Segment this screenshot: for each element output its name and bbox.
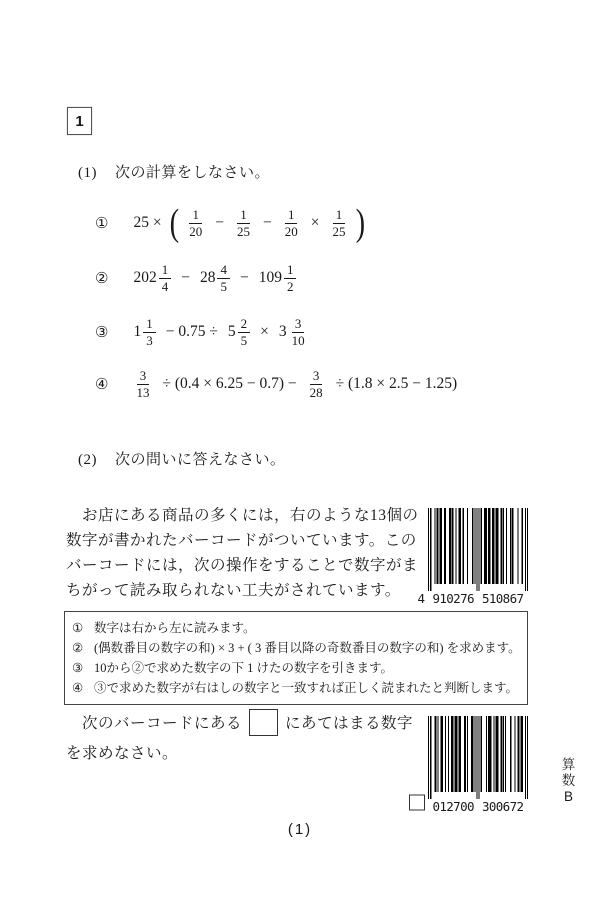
equation-row: ①25 ×(120−125−120×125) xyxy=(95,200,368,246)
barcode-bar xyxy=(428,508,429,591)
barcode-bar xyxy=(437,716,438,792)
fraction-denominator: 25 xyxy=(234,224,253,240)
page-number: (1) xyxy=(0,821,600,838)
mixed-number: 113 xyxy=(133,316,155,348)
barcode-bar xyxy=(467,508,468,584)
fraction-numerator: 4 xyxy=(217,262,230,279)
barcode-bottom-image: 012700300672 xyxy=(408,716,533,814)
section-2-instruction: 次の問いに答えなさい。 xyxy=(115,452,286,468)
barcode-bar xyxy=(474,508,475,584)
math-text: − xyxy=(215,214,224,232)
barcode-bar xyxy=(495,508,498,584)
barcode-bar xyxy=(436,508,438,584)
mixed-number: 20214 xyxy=(133,262,171,294)
whole-number: 3 xyxy=(279,323,287,341)
fraction: 125 xyxy=(234,207,253,239)
barcode-bar xyxy=(464,716,466,792)
fraction: 13 xyxy=(143,316,156,348)
step-number: ③ xyxy=(72,658,94,678)
barcode-bar xyxy=(444,508,446,584)
question-text: 次のバーコードにあるにあてはまる数字を求めなさい。 xyxy=(66,709,416,769)
fraction-denominator: 3 xyxy=(143,333,156,349)
fraction-numerator: 3 xyxy=(310,368,323,385)
barcode-bar xyxy=(471,716,473,792)
barcode-bar xyxy=(451,716,453,792)
barcode-digits: 012700 xyxy=(433,799,475,814)
barcode-bar xyxy=(441,716,443,792)
section-2-header: (2)次の問いに答えなさい。 xyxy=(78,448,286,469)
math-text: − xyxy=(240,269,249,287)
barcode-digits: 510867 xyxy=(482,591,524,606)
math-text: × xyxy=(260,323,269,341)
whole-number: 109 xyxy=(259,269,282,287)
fraction-denominator: 5 xyxy=(238,333,251,349)
barcode-bar xyxy=(434,508,435,584)
barcode-bar xyxy=(505,716,506,792)
barcode-digits: 4 xyxy=(417,591,425,606)
step-text: 数字は右から左に読みます。 xyxy=(94,618,256,638)
step-item: ①数字は右から左に読みます。 xyxy=(72,618,525,638)
barcode-bar xyxy=(522,508,523,584)
barcode-bar xyxy=(472,508,473,584)
fraction-denominator: 20 xyxy=(186,224,205,240)
barcode-bar xyxy=(525,508,526,591)
fraction-denominator: 10 xyxy=(289,333,308,349)
barcode-bar xyxy=(463,508,464,584)
fraction-numerator: 1 xyxy=(333,207,346,224)
barcode-bar xyxy=(430,508,431,591)
fraction-numerator: 1 xyxy=(285,207,298,224)
barcode-bar xyxy=(476,716,477,799)
barcode-bar xyxy=(476,508,477,591)
fraction-denominator: 28 xyxy=(307,385,326,401)
barcode-bar xyxy=(467,716,468,792)
fraction-numerator: 1 xyxy=(143,316,156,333)
barcode-bar xyxy=(448,716,449,792)
barcode-bar xyxy=(481,508,482,584)
fraction: 25 xyxy=(238,316,251,348)
barcode-bar xyxy=(445,716,446,792)
step-text: (偶数番目の数字の和) × 3 + ( 3 番目以降の奇数番目の数字の和) を求… xyxy=(94,638,521,658)
step-text: 10から②で求めた数字の下 1 けたの数字を引きます。 xyxy=(94,658,393,678)
barcode-bar xyxy=(455,508,456,584)
subject-side-label: 算数B xyxy=(561,757,576,805)
barcode-bar xyxy=(484,508,487,584)
step-number: ① xyxy=(72,618,94,638)
mixed-number: 3310 xyxy=(279,316,308,348)
barcode-bar xyxy=(521,716,523,792)
equation-number: ③ xyxy=(95,323,108,342)
equation-row: ②20214−2845−10912 xyxy=(95,255,301,301)
math-text: − 0.75 ÷ xyxy=(166,323,218,341)
whole-number: 1 xyxy=(133,323,141,341)
barcode-bar xyxy=(510,508,511,584)
math-text: − xyxy=(181,269,190,287)
paragraph-line: ちがって読み取られない工夫がされています。 xyxy=(66,578,419,603)
equation-number: ① xyxy=(95,214,108,233)
whole-number: 202 xyxy=(133,269,156,287)
step-item: ③10から②で求めた数字の下 1 けたの数字を引きます。 xyxy=(72,658,525,678)
barcode-bar xyxy=(501,508,502,584)
fraction: 45 xyxy=(217,262,230,294)
barcode-bar xyxy=(434,716,436,792)
step-item: ②(偶数番目の数字の和) × 3 + ( 3 番目以降の奇数番目の数字の和) を… xyxy=(72,638,525,658)
barcode-bar xyxy=(517,716,519,792)
test-paper-page: 1 (1)次の計算をしなさい。 ①25 ×(120−125−120×125)②2… xyxy=(0,0,600,900)
answer-blank-box xyxy=(249,709,278,736)
math-text: 25 × xyxy=(133,214,161,232)
barcode-bar xyxy=(430,716,431,799)
barcode-top-image: 4910276510867 xyxy=(408,508,533,606)
fraction-numerator: 1 xyxy=(284,262,297,279)
barcode-bar xyxy=(514,716,515,792)
fraction-numerator: 3 xyxy=(292,316,305,333)
problem-number-box: 1 xyxy=(67,107,92,135)
step-text: ③で求めた数字が右はしの数字と一致すれば正しく読まれたと判断します。 xyxy=(94,678,518,698)
paragraph-line: 数字が書かれたバーコードがついています。この xyxy=(66,528,419,553)
barcode-bar xyxy=(503,508,504,584)
fraction-denominator: 13 xyxy=(133,385,152,401)
barcode-bar xyxy=(449,508,451,584)
fraction: 14 xyxy=(159,262,172,294)
fraction: 313 xyxy=(133,368,152,400)
barcode-unknown-digit-box xyxy=(410,795,425,810)
barcode-bar xyxy=(440,508,442,584)
barcode-bar xyxy=(479,508,480,591)
barcode-bar xyxy=(474,716,475,792)
fraction-denominator: 5 xyxy=(217,279,230,295)
barcode-bar xyxy=(503,716,504,792)
whole-number: 5 xyxy=(228,323,236,341)
math-text: ÷ (1.8 × 2.5 − 1.25) xyxy=(336,375,458,393)
equation-row: ③113− 0.75 ÷525×3310 xyxy=(95,309,313,355)
barcode-bar xyxy=(501,716,502,792)
barcode-digits: 910276 xyxy=(433,591,475,606)
fraction-numerator: 1 xyxy=(159,262,172,279)
barcode-bar xyxy=(481,716,482,792)
equation-number: ④ xyxy=(95,375,108,394)
fraction-denominator: 25 xyxy=(329,224,348,240)
math-text: ÷ (0.4 × 6.25 − 0.7) − xyxy=(162,375,296,393)
barcode-bar xyxy=(506,508,507,584)
barcode-bar xyxy=(452,508,453,584)
fraction-denominator: 20 xyxy=(282,224,301,240)
barcode-bar xyxy=(495,716,498,792)
barcode-bar xyxy=(510,716,511,792)
barcode-bar xyxy=(493,716,494,792)
barcode-bar xyxy=(454,716,457,792)
barcode-bar xyxy=(459,716,461,792)
math-text: × xyxy=(311,214,320,232)
section-1-header: (1)次の計算をしなさい。 xyxy=(78,161,270,182)
whole-number: 28 xyxy=(200,269,216,287)
step-number: ④ xyxy=(72,678,94,698)
section-1-instruction: 次の計算をしなさい。 xyxy=(115,165,270,181)
fraction-numerator: 1 xyxy=(189,207,202,224)
fraction-denominator: 4 xyxy=(159,279,172,295)
fraction: 310 xyxy=(289,316,308,348)
barcode-bar xyxy=(492,508,494,584)
math-text: − xyxy=(263,214,272,232)
fraction: 12 xyxy=(284,262,297,294)
paragraph-line: バーコードには，次の操作をすることで数字がま xyxy=(66,553,419,578)
fraction-denominator: 2 xyxy=(284,279,297,295)
barcode-bar xyxy=(488,508,490,584)
barcode-bar xyxy=(479,716,480,799)
fraction-numerator: 2 xyxy=(238,316,251,333)
mixed-number: 525 xyxy=(228,316,250,348)
section-1-label: (1) xyxy=(78,165,97,182)
fraction: 120 xyxy=(186,207,205,239)
paragraph-line: お店にある商品の多くには，右のような13個の xyxy=(66,503,419,528)
equation-row: ④313÷ (0.4 × 6.25 − 0.7) −328÷ (1.8 × 2.… xyxy=(95,361,462,407)
barcode-bar xyxy=(459,508,461,584)
barcode-bar xyxy=(512,508,513,584)
step-item: ④③で求めた数字が右はしの数字と一致すれば正しく読まれたと判断します。 xyxy=(72,678,525,698)
barcode-bar xyxy=(488,716,491,792)
barcode-check-steps-box: ①数字は右から左に読みます。②(偶数番目の数字の和) × 3 + ( 3 番目以… xyxy=(64,611,528,705)
fraction: 125 xyxy=(329,207,348,239)
barcode-bar xyxy=(527,716,528,799)
barcode-digits: 300672 xyxy=(482,799,524,814)
question-before-box: 次のバーコードにある xyxy=(66,715,242,732)
fraction: 328 xyxy=(307,368,326,400)
equation-number: ② xyxy=(95,269,108,288)
mixed-number: 10912 xyxy=(259,262,297,294)
barcode-bar xyxy=(517,508,518,584)
step-number: ② xyxy=(72,638,94,658)
fraction-numerator: 1 xyxy=(237,207,250,224)
barcode-bar xyxy=(525,716,526,799)
barcode-description-paragraph: お店にある商品の多くには，右のような13個の数字が書かれたバーコードがついていま… xyxy=(66,503,419,603)
barcode-bar xyxy=(527,508,528,591)
barcode-bar xyxy=(428,716,429,799)
barcode-bar xyxy=(486,716,487,792)
fraction-numerator: 3 xyxy=(137,368,150,385)
section-2-label: (2) xyxy=(78,452,97,469)
mixed-number: 2845 xyxy=(200,262,230,294)
problem-number: 1 xyxy=(75,113,83,130)
fraction: 120 xyxy=(282,207,301,239)
